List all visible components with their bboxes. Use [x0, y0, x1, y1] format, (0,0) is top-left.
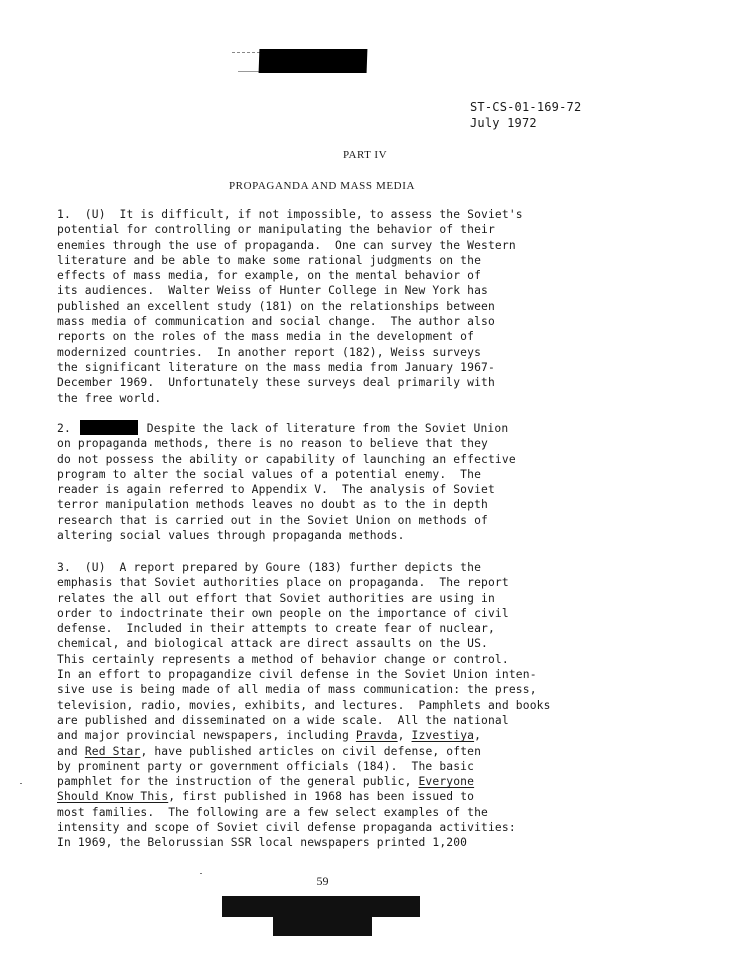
paragraph-line: emphasis that Soviet authorities place o… — [57, 575, 597, 590]
newspaper-title-red-star: Red Star — [85, 745, 141, 758]
paragraph-line: pamphlet for the instruction of the gene… — [57, 774, 597, 789]
paragraph-line: reader is again referred to Appendix V. … — [57, 482, 597, 497]
paragraph-line: effects of mass media, for example, on t… — [57, 268, 597, 283]
text-fragment: , have published articles on civil defen… — [140, 745, 481, 758]
pamphlet-title-part1: Everyone — [418, 775, 474, 788]
page-number: 59 — [0, 874, 645, 889]
paragraph-2: 2. Despite the lack of literature from t… — [57, 420, 597, 543]
redaction-mark-line — [238, 71, 260, 72]
paragraph-line: 1. (U) It is difficult, if not impossibl… — [57, 207, 597, 222]
paragraph-line: In an effort to propagandize civil defen… — [57, 667, 597, 682]
document-date: July 1972 — [470, 115, 581, 131]
paragraph-line: its audiences. Walter Weiss of Hunter Co… — [57, 283, 597, 298]
paragraph-line: most families. The following are a few s… — [57, 805, 597, 820]
paragraph-line: and Red Star, have published articles on… — [57, 744, 597, 759]
newspaper-title-pravda: Pravda — [356, 729, 398, 742]
part-title: PART IV — [0, 149, 730, 161]
paragraph-line: This certainly represents a method of be… — [57, 652, 597, 667]
text-fragment: , — [474, 729, 481, 742]
paragraph-line: research that is carried out in the Sovi… — [57, 513, 597, 528]
paragraph-line: literature and be able to make some rati… — [57, 253, 597, 268]
paragraph-line: by prominent party or government officia… — [57, 759, 597, 774]
paragraph-line: on propaganda methods, there is no reaso… — [57, 436, 597, 451]
paragraph-line: altering social values through propagand… — [57, 528, 597, 543]
text-fragment: and major provincial newspapers, includi… — [57, 729, 356, 742]
paragraph-line: potential for controlling or manipulatin… — [57, 222, 597, 237]
paragraph-line: defense. Included in their attempts to c… — [57, 621, 597, 636]
paragraph-line: relates the all out effort that Soviet a… — [57, 591, 597, 606]
document-number: ST-CS-01-169-72 — [470, 99, 581, 115]
paragraph-line: television, radio, movies, exhibits, and… — [57, 698, 597, 713]
paragraph-line: mass media of communication and social c… — [57, 314, 597, 329]
paragraph-line: chemical, and biological attack are dire… — [57, 636, 597, 651]
paragraph-number: 2. — [57, 422, 71, 435]
paragraph-line: are published and disseminated on a wide… — [57, 713, 597, 728]
paragraph-line: terror manipulation methods leaves no do… — [57, 497, 597, 512]
paragraph-1: 1. (U) It is difficult, if not impossibl… — [57, 207, 597, 406]
classification-redaction-top — [259, 49, 368, 73]
paragraph-line: reports on the roles of the mass media i… — [57, 329, 597, 344]
newspaper-title-izvestiya: Izvestiya — [412, 729, 475, 742]
text-fragment: and — [57, 745, 85, 758]
paragraph-line: published an excellent study (181) on th… — [57, 299, 597, 314]
redaction-mark-line — [232, 52, 260, 54]
section-title: PROPAGANDA AND MASS MEDIA — [0, 180, 644, 192]
paragraph-line: do not possess the ability or capability… — [57, 452, 597, 467]
paragraph-line: order to indoctrinate their own people o… — [57, 606, 597, 621]
document-identifier: ST-CS-01-169-72 July 1972 — [470, 99, 581, 131]
text-fragment: , first published in 1968 has been issue… — [168, 790, 474, 803]
paragraph-line: the free world. — [57, 391, 597, 406]
paragraph-line: 3. (U) A report prepared by Goure (183) … — [57, 560, 597, 575]
paragraph-line: In 1969, the Belorussian SSR local newsp… — [57, 835, 597, 850]
paragraph-line: intensity and scope of Soviet civil defe… — [57, 820, 597, 835]
paragraph-line: 2. Despite the lack of literature from t… — [57, 420, 597, 436]
paragraph-line: program to alter the social values of a … — [57, 467, 597, 482]
pamphlet-title-part2: Should Know This — [57, 790, 168, 803]
paragraph-line: Should Know This, first published in 196… — [57, 789, 597, 804]
paragraph-line: modernized countries. In another report … — [57, 345, 597, 360]
paragraph-text: Despite the lack of literature from the … — [140, 422, 508, 435]
paragraph-line: December 1969. Unfortunately these surve… — [57, 375, 597, 390]
paragraph-3: 3. (U) A report prepared by Goure (183) … — [57, 560, 597, 851]
paragraph-line: sive use is being made of all media of m… — [57, 682, 597, 697]
classification-redaction-bottom-lower — [273, 915, 372, 936]
classification-redaction-bottom — [222, 896, 420, 917]
text-fragment: , — [398, 729, 412, 742]
classification-redaction-inline — [80, 420, 138, 435]
text-fragment: pamphlet for the instruction of the gene… — [57, 775, 418, 788]
paragraph-line: the significant literature on the mass m… — [57, 360, 597, 375]
paragraph-line: and major provincial newspapers, includi… — [57, 728, 597, 743]
paragraph-line: enemies through the use of propaganda. O… — [57, 238, 597, 253]
scan-artifact — [20, 783, 22, 784]
